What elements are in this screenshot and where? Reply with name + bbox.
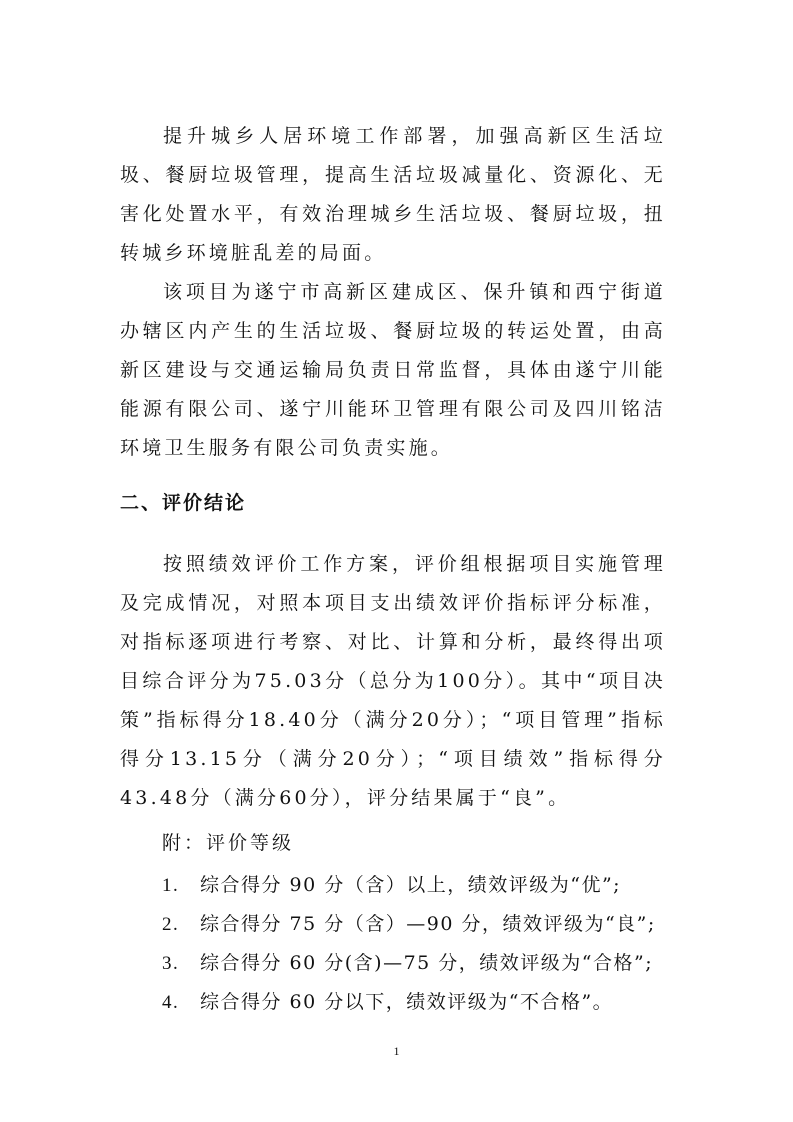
grade-number: 3.: [162, 944, 200, 983]
page-number: 1: [0, 1044, 793, 1059]
document-page: 提升城乡人居环境工作部署，加强高新区生活垃圾、餐厨垃圾管理，提高生活垃圾减量化、…: [0, 0, 793, 1122]
grade-text: 综合得分 75 分（含）—90 分，绩效评级为“良”;: [200, 905, 656, 944]
paragraph-intro-2: 该项目为遂宁市高新区建成区、保升镇和西宁街道办辖区内产生的生活垃圾、餐厨垃圾的转…: [120, 273, 666, 468]
grade-item: 4.综合得分 60 分以下，绩效评级为“不合格”。: [162, 983, 656, 1022]
grade-item: 1.综合得分 90 分（含）以上，绩效评级为“优”;: [162, 866, 656, 905]
grade-item: 3.综合得分 60 分(含)—75 分，绩效评级为“合格”;: [162, 944, 656, 983]
grade-text: 综合得分 60 分(含)—75 分，绩效评级为“合格”;: [200, 944, 653, 983]
paragraph-conclusion: 按照绩效评价工作方案，评价组根据项目实施管理及完成情况，对照本项目支出绩效评价指…: [120, 545, 666, 818]
section-heading: 二、评价结论: [120, 488, 246, 515]
grade-text: 综合得分 90 分（含）以上，绩效评级为“优”;: [200, 866, 621, 905]
grade-item: 2.综合得分 75 分（含）—90 分，绩效评级为“良”;: [162, 905, 656, 944]
grade-number: 1.: [162, 866, 200, 905]
grade-list: 1.综合得分 90 分（含）以上，绩效评级为“优”; 2.综合得分 75 分（含…: [162, 866, 656, 1022]
paragraph-intro-1: 提升城乡人居环境工作部署，加强高新区生活垃圾、餐厨垃圾管理，提高生活垃圾减量化、…: [120, 117, 666, 273]
grade-number: 4.: [162, 983, 200, 1022]
grade-number: 2.: [162, 905, 200, 944]
grade-text: 综合得分 60 分以下，绩效评级为“不合格”。: [200, 983, 613, 1022]
grade-note: 附：评价等级: [162, 828, 294, 855]
